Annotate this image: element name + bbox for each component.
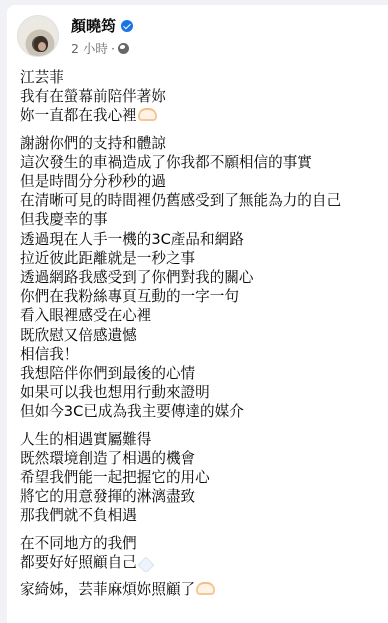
globe-icon[interactable] xyxy=(118,43,129,54)
text-line: 謝謝你們的支持和體諒 xyxy=(20,134,341,153)
text-line: 你們在我粉絲專頁互動的一字一句 xyxy=(20,287,341,306)
post-body: 江芸菲 我有在螢幕前陪伴著妳 妳一直都在我心裡 謝謝你們的支持和體諒 這次發生的… xyxy=(20,68,341,607)
text-line-with-emoji: 都要好好照顧自己 xyxy=(20,553,341,572)
paragraph-2: 謝謝你們的支持和體諒 這次發生的車禍造成了你我都不願相信的事實 但是時間分分秒秒… xyxy=(20,134,341,422)
text-line: 我有在螢幕前陪伴著妳 xyxy=(20,87,341,106)
text-line: 如果可以我也想用行動來證明 xyxy=(20,383,341,402)
text-line: 人生的相遇實屬難得 xyxy=(20,430,341,449)
text-line: 我想陪伴你們到最後的心情 xyxy=(20,364,341,383)
author-avatar[interactable] xyxy=(17,15,59,57)
post-header: 顏曉筠 2 小時 · xyxy=(17,15,133,57)
avatar-photo xyxy=(34,36,48,52)
heart-hands-emoji-icon xyxy=(196,582,215,595)
text-line: 在不同地方的我們 xyxy=(20,534,341,553)
text-line: 將它的用意發揮的淋漓盡致 xyxy=(20,487,341,506)
text-line: 在清晰可見的時間裡仍舊感受到了無能為力的自己 xyxy=(20,191,341,210)
text-line: 希望我們能一起把握它的用心 xyxy=(20,468,341,487)
author-row: 顏曉筠 xyxy=(71,15,133,36)
text-line: 但是時間分分秒秒的過 xyxy=(20,172,341,191)
text-line: 相信我！ xyxy=(20,345,341,364)
paragraph-5: 家綺姊，芸菲麻煩妳照顧了 xyxy=(20,580,341,599)
text-line: 但如今3C已成為我主要傳達的媒介 xyxy=(20,402,341,421)
paragraph-4: 在不同地方的我們 都要好好照顧自己 xyxy=(20,534,341,572)
text-line: 透過網路我感受到了你們對我的關心 xyxy=(20,268,341,287)
white-heart-emoji-icon xyxy=(138,559,152,570)
verified-badge-icon xyxy=(121,20,133,32)
text-line: 妳一直都在我心裡 xyxy=(20,107,137,124)
paragraph-3: 人生的相遇實屬難得 既然環境創造了相遇的機會 希望我們能一起把握它的用心 將它的… xyxy=(20,430,341,526)
text-line: 那我們就不負相遇 xyxy=(20,506,341,525)
post-meta: 顏曉筠 2 小時 · xyxy=(71,15,133,57)
text-line-with-emoji: 家綺姊，芸菲麻煩妳照顧了 xyxy=(20,580,341,599)
text-line: 江芸菲 xyxy=(20,68,341,87)
text-line: 既欣慰又倍感遺憾 xyxy=(20,326,341,345)
text-line: 拉近彼此距離就是一秒之事 xyxy=(20,249,341,268)
text-line: 這次發生的車禍造成了你我都不願相信的事實 xyxy=(20,153,341,172)
text-line: 看入眼裡感受在心裡 xyxy=(20,306,341,325)
text-line: 家綺姊，芸菲麻煩妳照顧了 xyxy=(20,581,195,598)
post-timestamp[interactable]: 2 小時 xyxy=(71,39,108,57)
timestamp-row: 2 小時 · xyxy=(71,39,133,57)
separator-dot: · xyxy=(111,41,115,56)
post-card: 顏曉筠 2 小時 · 江芸菲 我有在螢幕前陪伴著妳 妳一直都在我心裡 謝謝你們的… xyxy=(7,5,388,623)
text-line-with-emoji: 妳一直都在我心裡 xyxy=(20,106,341,125)
heart-hands-emoji-icon xyxy=(138,108,157,121)
text-line: 既然環境創造了相遇的機會 xyxy=(20,449,341,468)
author-name[interactable]: 顏曉筠 xyxy=(71,15,116,36)
text-line: 透過現在人手一機的3C產品和網路 xyxy=(20,230,341,249)
text-line: 都要好好照顧自己 xyxy=(20,554,137,571)
text-line: 但我慶幸的事 xyxy=(20,210,341,229)
paragraph-1: 江芸菲 我有在螢幕前陪伴著妳 妳一直都在我心裡 xyxy=(20,68,341,126)
